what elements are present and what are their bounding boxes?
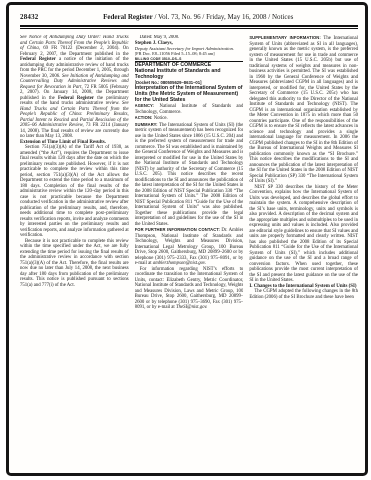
paragraph: Because it is not practicable to complet… xyxy=(20,239,129,289)
page-number: 28432 xyxy=(20,13,39,22)
page-content: 28432 Federal Register / Vol. 73, No. 96… xyxy=(20,13,358,469)
paragraph: Section 751(a)(3)(A) of the Tariff Act o… xyxy=(20,145,129,239)
paragraph: See Notice of Antidumping Duty Order: Ha… xyxy=(20,35,129,140)
paragraph: For information regarding NIST’s efforts… xyxy=(135,267,244,311)
column-2: Dated: May 9, 2008.Stephen J. Claeys,Dep… xyxy=(135,35,244,453)
page-header: 28432 Federal Register / Vol. 73, No. 96… xyxy=(20,13,358,22)
summary-paragraph: SUMMARY: The International System of Uni… xyxy=(135,122,244,228)
header-title: Federal Register / Vol. 73, No. 96 / Fri… xyxy=(39,13,359,22)
agency-line: AGENCY: National Institute of Standards … xyxy=(135,103,244,115)
column-3: SUPPLEMENTARY INFORMATION: The Internati… xyxy=(249,35,358,453)
contact-paragraph: FOR FURTHER INFORMATION CONTACT: Dr. Amb… xyxy=(135,227,244,267)
supplementary-paragraph: SUPPLEMENTARY INFORMATION: The Internati… xyxy=(249,35,358,185)
issue-info: / Vol. 73, No. 96 / Friday, May 16, 2008… xyxy=(153,13,294,21)
text-columns: See Notice of Antidumping Duty Order: Ha… xyxy=(20,35,358,453)
agency-heading: National Institute of Standards and Tech… xyxy=(135,68,244,80)
paragraph: NIST SP 330 describes the history of the… xyxy=(249,185,358,284)
journal-name: Federal Register xyxy=(103,13,153,21)
paragraph: The CGPM adopted the following changes i… xyxy=(249,289,358,300)
notice-title: Interpretation of the International Syst… xyxy=(135,85,244,103)
header-rule-thick xyxy=(20,25,358,27)
column-1: See Notice of Antidumping Duty Order: Ha… xyxy=(20,35,129,453)
scanned-page: 28432 Federal Register / Vol. 73, No. 96… xyxy=(6,2,368,476)
header-rule-thin xyxy=(20,28,358,29)
federal-register-scan: { "header": { "page_number": "28432", "j… xyxy=(0,0,371,480)
